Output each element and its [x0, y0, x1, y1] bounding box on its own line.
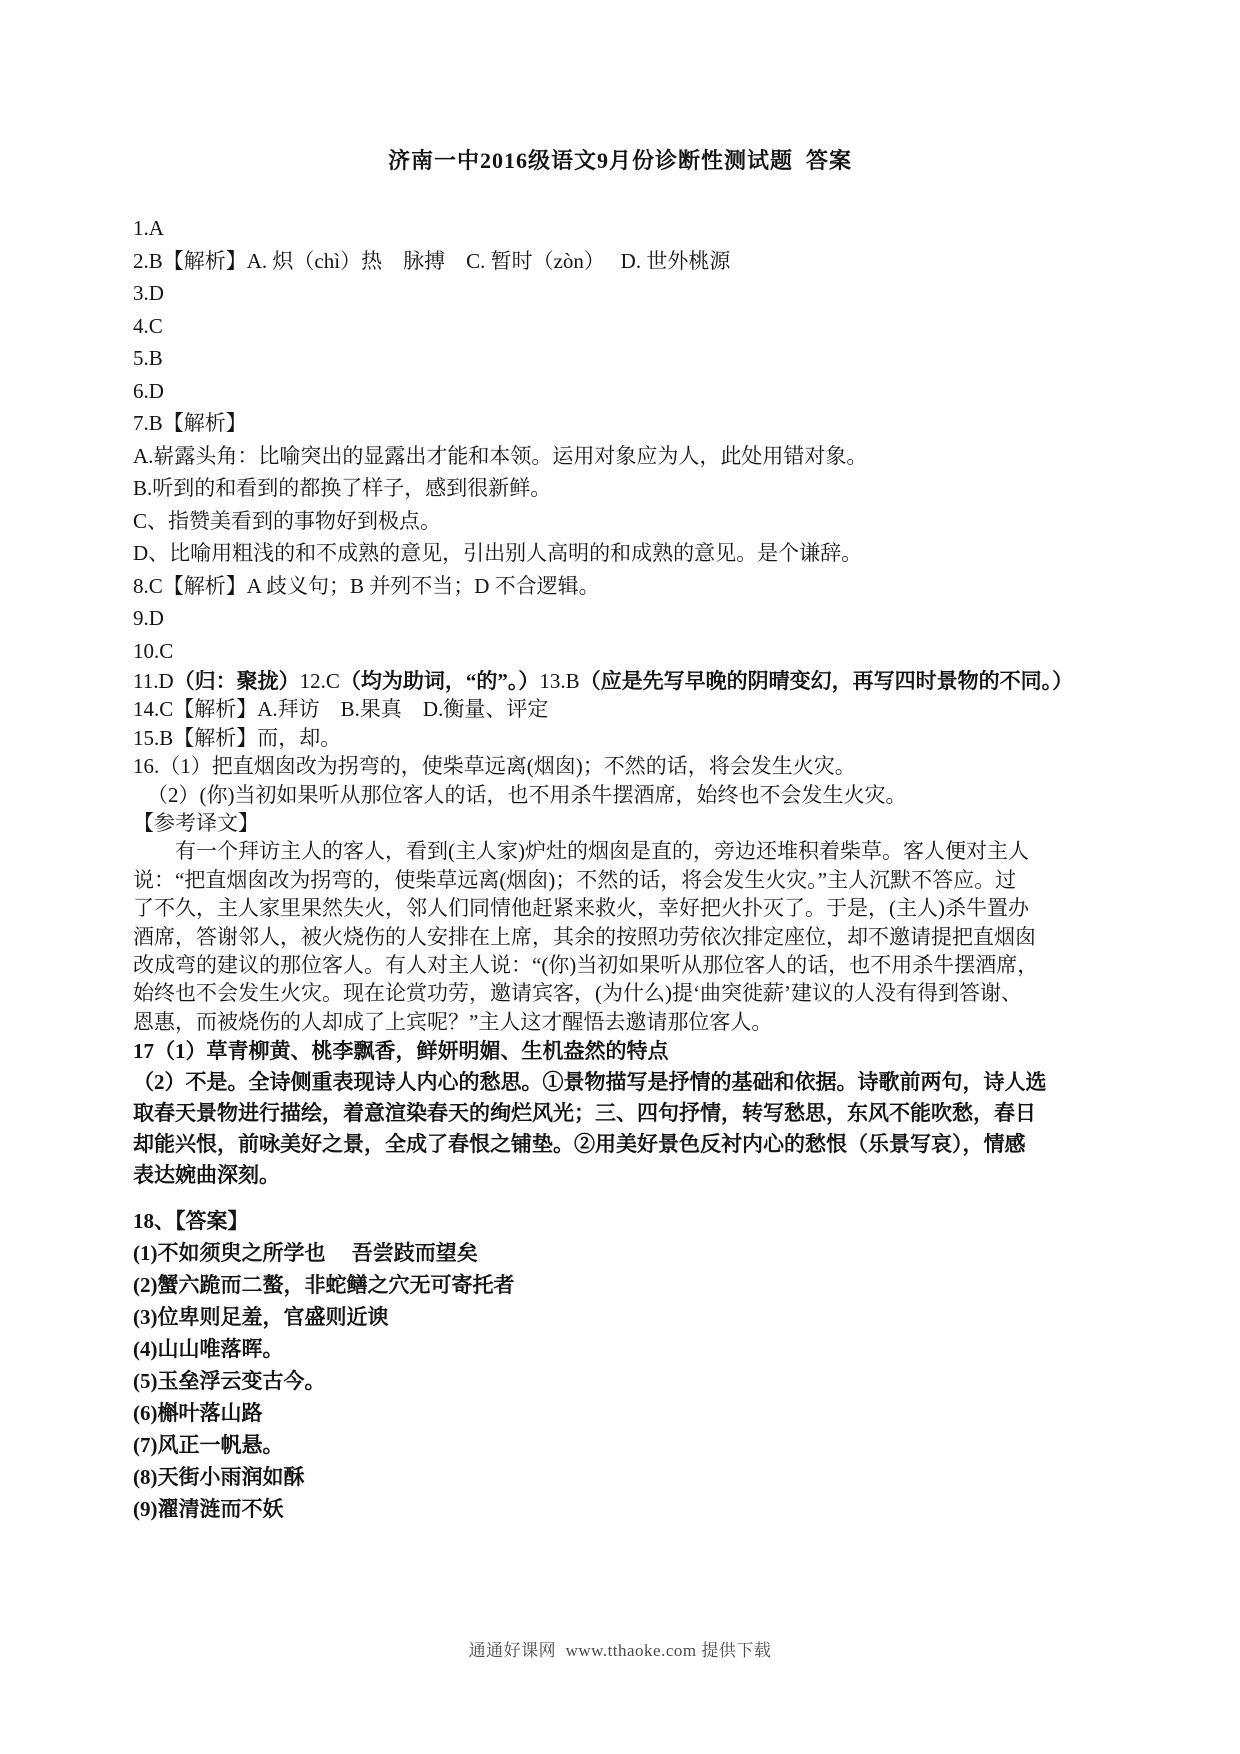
- text-segment: 13.B: [539, 669, 579, 693]
- text-line: 16.（1）把直烟囱改为拐弯的，使柴草远离(烟囱)；不然的话，将会发生火灾。: [133, 752, 1114, 780]
- text-segment: 【参考译文】: [133, 811, 259, 835]
- text-line: (5)玉垒浮云变古今。: [133, 1365, 1114, 1397]
- text-segment: （2）(你)当初如果听从那位客人的话，也不用杀牛摆酒席，始终也不会发生火灾。: [147, 783, 906, 807]
- text-line: 却能兴恨，前咏美好之景，全成了春恨之铺垫。②用美好景色反衬内心的愁恨（乐景写哀）…: [133, 1129, 1114, 1160]
- text-segment: 恩惠，而被烧伤的人却成了上宾呢？”主人这才醒悟去邀请那位客人。: [133, 1010, 772, 1034]
- text-line: （2）(你)当初如果听从那位客人的话，也不用杀牛摆酒席，始终也不会发生火灾。: [133, 781, 1114, 809]
- text-line: 5.B: [133, 342, 1114, 375]
- text-segment: 12.C: [300, 669, 340, 693]
- text-segment: 7.B【解析】: [133, 411, 247, 435]
- text-segment: 11.D: [133, 669, 174, 693]
- text-segment: 10.C: [133, 639, 173, 663]
- text-segment: 4.C: [133, 314, 163, 338]
- page-title: 济南一中2016级语文9月份诊断性测试题 答案: [0, 0, 1240, 176]
- bold-text-segment: 取春天景物进行描绘，着意渲染春天的绚烂风光；三、四句抒情，转写愁思，东风不能吹愁…: [133, 1101, 1036, 1125]
- text-segment: 说：“把直烟囱改为拐弯的，使柴草远离(烟囱)；不然的话，将会发生火灾。”主人沉默…: [133, 868, 1016, 892]
- text-line: 2.B【解析】A. 炽（chì）热 脉搏 C. 暂时（zòn） D. 世外桃源: [133, 245, 1114, 278]
- text-line: 酒席，答谢邻人，被火烧伤的人安排在上席，其余的按照功劳依次排定座位，却不邀请提把…: [133, 923, 1114, 951]
- bold-text-segment: 18、【答案】: [133, 1209, 249, 1233]
- text-segment: 1.A: [133, 216, 164, 240]
- bold-text-segment: （归：聚拢）: [174, 669, 300, 693]
- text-segment: C、指赞美看到的事物好到极点。: [133, 509, 441, 533]
- text-line: 18、【答案】: [133, 1205, 1114, 1237]
- text-segment: 酒席，答谢邻人，被火烧伤的人安排在上席，其余的按照功劳依次排定座位，却不邀请提把…: [133, 925, 1036, 949]
- text-segment: 14.C【解析】A.拜访 B.果真 D.衡量、评定: [133, 697, 548, 721]
- text-line: D、比喻用粗浅的和不成熟的意见，引出别人高明的和成熟的意见。是个谦辞。: [133, 537, 1114, 570]
- bold-text-segment: (1)不如须臾之所学也 吾尝跂而望矣: [133, 1241, 478, 1265]
- text-line: 取春天景物进行描绘，着意渲染春天的绚烂风光；三、四句抒情，转写愁思，东风不能吹愁…: [133, 1098, 1114, 1129]
- text-line: 4.C: [133, 310, 1114, 343]
- text-line: 10.C: [133, 635, 1114, 668]
- text-line: 恩惠，而被烧伤的人却成了上宾呢？”主人这才醒悟去邀请那位客人。: [133, 1008, 1114, 1036]
- text-line: 3.D: [133, 277, 1114, 310]
- bold-text-segment: 却能兴恨，前咏美好之景，全成了春恨之铺垫。②用美好景色反衬内心的愁恨（乐景写哀）…: [133, 1132, 1026, 1156]
- text-segment: A.崭露头角：比喻突出的显露出才能和本领。运用对象应为人，此处用错对象。: [133, 444, 867, 468]
- bold-text-segment: 17（1）草青柳黄、桃李飘香，鲜妍明媚、生机盎然的特点: [133, 1039, 669, 1063]
- text-line: 6.D: [133, 375, 1114, 408]
- text-segment: 有一个拜访主人的客人，看到(主人家)炉灶的烟囱是直的，旁边还堆积着柴草。客人便对…: [175, 839, 1029, 863]
- text-segment: 9.D: [133, 606, 164, 630]
- text-line: 7.B【解析】: [133, 407, 1114, 440]
- text-line: 表达婉曲深刻。: [133, 1160, 1114, 1191]
- bold-text-segment: (9)濯清涟而不妖: [133, 1497, 284, 1521]
- bold-text-segment: (4)山山唯落晖。: [133, 1337, 284, 1361]
- text-line: 有一个拜访主人的客人，看到(主人家)炉灶的烟囱是直的，旁边还堆积着柴草。客人便对…: [133, 837, 1114, 865]
- text-line: (8)天街小雨润如酥: [133, 1461, 1114, 1493]
- text-line: 9.D: [133, 602, 1114, 635]
- text-line: 改成弯的建议的那位客人。有人对主人说：“(你)当初如果听从那位客人的话，也不用杀…: [133, 951, 1114, 979]
- text-line: 11.D（归：聚拢）12.C（均为助词，“的”。）13.B（应是先写早晚的阴晴变…: [133, 667, 1114, 695]
- bold-text-segment: (3)位卑则足羞，官盛则近谀: [133, 1305, 389, 1329]
- bold-text-segment: （均为助词，“的”。）: [340, 669, 540, 693]
- text-line: (3)位卑则足羞，官盛则近谀: [133, 1301, 1114, 1333]
- text-line: 始终也不会发生火灾。现在论赏功劳，邀请宾客，(为什么)提‘曲突徙薪’建议的人没有…: [133, 979, 1114, 1007]
- bold-text-segment: (6)槲叶落山路: [133, 1401, 263, 1425]
- bold-text-segment: (2)蟹六跪而二螯，非蛇鳝之穴无可寄托者: [133, 1273, 515, 1297]
- text-line: 【参考译文】: [133, 809, 1114, 837]
- text-segment: 5.B: [133, 346, 163, 370]
- text-line: (6)槲叶落山路: [133, 1397, 1114, 1429]
- document-page: 济南一中2016级语文9月份诊断性测试题 答案 1.A2.B【解析】A. 炽（c…: [0, 0, 1240, 1754]
- text-segment: 3.D: [133, 281, 164, 305]
- text-segment: 改成弯的建议的那位客人。有人对主人说：“(你)当初如果听从那位客人的话，也不用杀…: [133, 953, 1038, 977]
- text-line: (4)山山唯落晖。: [133, 1333, 1114, 1365]
- text-line: (7)风正一帆悬。: [133, 1429, 1114, 1461]
- text-segment: 了不久，主人家里果然失火，邻人们同情他赶紧来救火，幸好把火扑灭了。于是，(主人)…: [133, 896, 1029, 920]
- text-segment: B.听到的和看到的都换了样子，感到很新鲜。: [133, 476, 551, 500]
- text-line: 17（1）草青柳黄、桃李飘香，鲜妍明媚、生机盎然的特点: [133, 1036, 1114, 1067]
- bold-text-segment: (8)天街小雨润如酥: [133, 1465, 305, 1489]
- text-line: 1.A: [133, 212, 1114, 245]
- text-line: C、指赞美看到的事物好到极点。: [133, 505, 1114, 538]
- answer-content: 1.A2.B【解析】A. 炽（chì）热 脉搏 C. 暂时（zòn） D. 世外…: [0, 212, 1240, 1525]
- footer-credit: 通通好课网 www.tthaoke.com 提供下载: [0, 1636, 1240, 1661]
- text-segment: 16.（1）把直烟囱改为拐弯的，使柴草远离(烟囱)；不然的话，将会发生火灾。: [133, 754, 856, 778]
- text-segment: 6.D: [133, 379, 164, 403]
- bold-text-segment: 表达婉曲深刻。: [133, 1163, 280, 1187]
- bold-text-segment: （应是先写早晚的阴晴变幻，再写四时景物的不同。）: [580, 669, 1074, 693]
- text-line: 14.C【解析】A.拜访 B.果真 D.衡量、评定: [133, 695, 1114, 723]
- text-segment: 15.B【解析】而，却。: [133, 726, 341, 750]
- text-line: (2)蟹六跪而二螯，非蛇鳝之穴无可寄托者: [133, 1269, 1114, 1301]
- text-line: 15.B【解析】而，却。: [133, 724, 1114, 752]
- bold-text-segment: （2）不是。全诗侧重表现诗人内心的愁思。①景物描写是抒情的基础和依据。诗歌前两句…: [133, 1070, 1047, 1094]
- text-segment: 始终也不会发生火灾。现在论赏功劳，邀请宾客，(为什么)提‘曲突徙薪’建议的人没有…: [133, 981, 1022, 1005]
- text-line: (1)不如须臾之所学也 吾尝跂而望矣: [133, 1237, 1114, 1269]
- text-line: A.崭露头角：比喻突出的显露出才能和本领。运用对象应为人，此处用错对象。: [133, 440, 1114, 473]
- text-segment: 8.C【解析】A 歧义句；B 并列不当；D 不合逻辑。: [133, 574, 600, 598]
- text-line: B.听到的和看到的都换了样子，感到很新鲜。: [133, 472, 1114, 505]
- text-line: 8.C【解析】A 歧义句；B 并列不当；D 不合逻辑。: [133, 570, 1114, 603]
- bold-text-segment: (7)风正一帆悬。: [133, 1433, 284, 1457]
- bold-text-segment: (5)玉垒浮云变古今。: [133, 1369, 326, 1393]
- text-segment: D、比喻用粗浅的和不成熟的意见，引出别人高明的和成熟的意见。是个谦辞。: [133, 541, 862, 565]
- text-line: (9)濯清涟而不妖: [133, 1493, 1114, 1525]
- text-line: （2）不是。全诗侧重表现诗人内心的愁思。①景物描写是抒情的基础和依据。诗歌前两句…: [133, 1067, 1114, 1098]
- text-segment: 2.B【解析】A. 炽（chì）热 脉搏 C. 暂时（zòn） D. 世外桃源: [133, 249, 730, 273]
- text-line: 说：“把直烟囱改为拐弯的，使柴草远离(烟囱)；不然的话，将会发生火灾。”主人沉默…: [133, 866, 1114, 894]
- text-line: 了不久，主人家里果然失火，邻人们同情他赶紧来救火，幸好把火扑灭了。于是，(主人)…: [133, 894, 1114, 922]
